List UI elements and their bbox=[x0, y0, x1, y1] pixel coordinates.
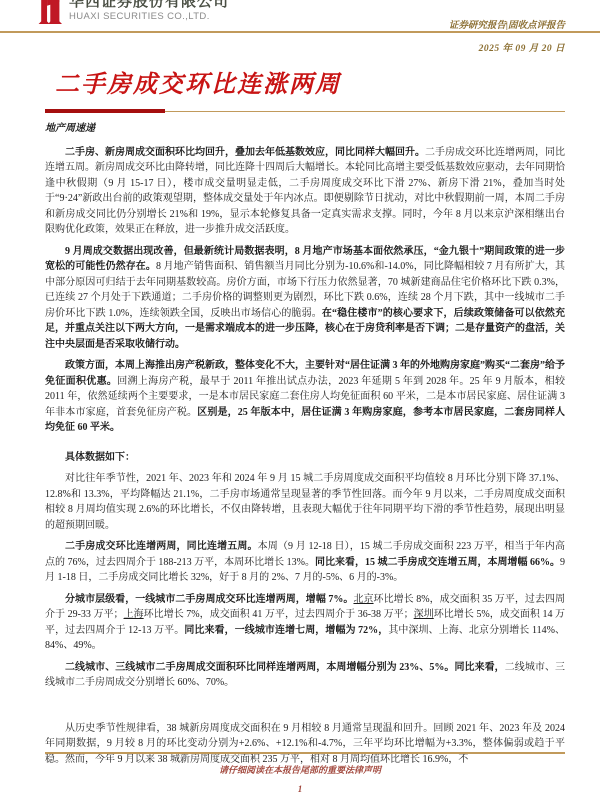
text-run: 二手房成交环比连增两周，同比连增五周。新房周成交环比由降转增，同比连降十四周后大… bbox=[45, 147, 565, 236]
text-run: 对比往年季节性，2021 年、2023 年和 2024 年 9 月 15 城二手… bbox=[45, 473, 565, 531]
paragraph-3: 政策方面，本周上海推出房产税新政，整体变化不大，主要针对“居住证满 3 年的外地… bbox=[45, 358, 565, 436]
company-name-en: HUAXI SECURITIES CO.,LTD. bbox=[69, 12, 229, 22]
paragraph-6: 分城市层级看，一线城市二手房周成交环比连增两周，增幅 7%。北京环比增长 8%，… bbox=[45, 592, 565, 654]
paragraph-4: 对比往年季节性，2021 年、2023 年和 2024 年 9 月 15 城二手… bbox=[45, 471, 565, 533]
paragraph-2: 9 月周成交数据出现改善，但最新统计局数据表明，8 月地产市场基本面依然承压，“… bbox=[45, 244, 565, 353]
text-run: 地产周速递 bbox=[45, 123, 95, 134]
title-divider-line bbox=[165, 111, 565, 112]
company-name-cn: 华西证券股份有限公司 bbox=[69, 0, 229, 11]
paragraph-7: 二线城市、三线城市二手房周成交面积环比同样连增两周，本周增幅分别为 23%、5%… bbox=[45, 660, 565, 691]
report-date: 2025 年 09 月 20 日 bbox=[479, 40, 565, 54]
underlined-city-name: 深圳 bbox=[414, 609, 434, 620]
title-divider-accent bbox=[45, 109, 165, 113]
report-header: 华西证券股份有限公司 HUAXI SECURITIES CO.,LTD. 证券研… bbox=[0, 0, 600, 52]
report-type-label: 证券研究报告|固收点评报告 bbox=[449, 17, 565, 31]
paragraph-5: 二手房成交环比连增两周，同比连增五周。本周（9 月 12-18 日），15 城二… bbox=[45, 539, 565, 586]
footer-disclaimer: 请仔细阅读在本报告尾部的重要法律声明 bbox=[0, 763, 600, 776]
brand-block: 华西证券股份有限公司 HUAXI SECURITIES CO.,LTD. bbox=[36, 0, 229, 28]
title-divider bbox=[45, 109, 565, 113]
underlined-city-name: 上海 bbox=[124, 609, 144, 620]
subheading-data: 具体数据如下： bbox=[45, 450, 565, 466]
paragraph-8: 从历史季节性规律看，38 城新房周度成交面积在 9 月相较 8 月通常呈现温和回… bbox=[45, 721, 565, 768]
text-run: 同比来看，15 城二手房成交连增五周，本周增幅 66%。 bbox=[315, 557, 560, 568]
report-title: 二手房成交环比连涨两周 bbox=[55, 64, 555, 99]
page-number: 1 bbox=[0, 784, 600, 794]
text-run: 环比增长 7%，成交面积 41 万平，过去四周介于 36-38 万平； bbox=[144, 609, 414, 620]
huaxi-logo-icon bbox=[36, 0, 62, 28]
section-label: 地产周速递 bbox=[45, 121, 565, 137]
underlined-city-name: 北京 bbox=[353, 594, 373, 605]
paragraph-1: 二手房、新房周成交面积环比均回升，叠加去年低基数效应，同比同样大幅回升。二手房成… bbox=[45, 145, 565, 238]
text-run: 从历史季节性规律看，38 城新房周度成交面积在 9 月相较 8 月通常呈现温和回… bbox=[45, 723, 565, 765]
header-divider bbox=[0, 31, 600, 33]
footer-divider bbox=[45, 752, 565, 754]
text-run: 同比来看，一线城市连增七周，增幅为 72%， bbox=[184, 625, 388, 636]
text-run: 二手房、新房周成交面积环比均回升，叠加去年低基数效应，同比同样大幅回升。 bbox=[65, 147, 425, 158]
text-run: 二手房成交环比连增两周，同比连增五周。 bbox=[65, 541, 258, 552]
text-run: 二线城市、三线城市二手房周成交面积环比同样连增两周，本周增幅分别为 23%、5%… bbox=[65, 662, 505, 673]
text-run: 具体数据如下： bbox=[65, 452, 135, 463]
document-body: 地产周速递二手房、新房周成交面积环比均回升，叠加去年低基数效应，同比同样大幅回升… bbox=[45, 121, 565, 767]
report-page: 华西证券股份有限公司 HUAXI SECURITIES CO.,LTD. 证券研… bbox=[0, 0, 600, 800]
text-run: 分城市层级看，一线城市二手房周成交环比连增两周，增幅 7%。 bbox=[65, 594, 353, 605]
brand-text: 华西证券股份有限公司 HUAXI SECURITIES CO.,LTD. bbox=[69, 0, 229, 22]
